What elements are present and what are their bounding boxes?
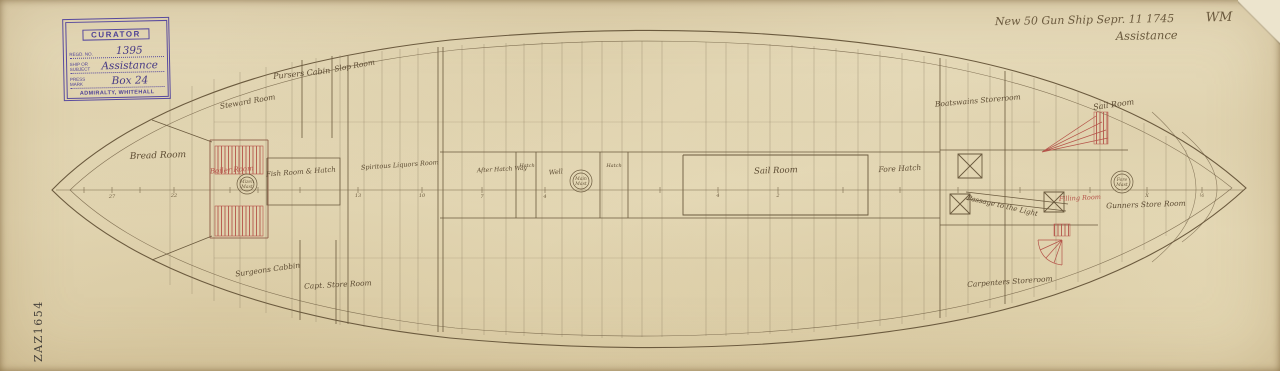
room-label-hatch-1: Hatch (518, 163, 534, 169)
centerline (56, 187, 1244, 193)
svg-text:½: ½ (1200, 192, 1205, 199)
room-label-gunners-store-room: Gunners Store Room (1106, 199, 1186, 211)
svg-text:2: 2 (775, 193, 779, 199)
curator-stamp-title: CURATOR (69, 23, 163, 43)
room-label-surgeons-cabbin: Surgeons Cabbin (235, 260, 301, 278)
room-label-filling-room-red: Filling Room (1058, 193, 1101, 203)
room-label-hatch-2: Hatch (605, 163, 621, 169)
svg-text:10: 10 (419, 193, 426, 199)
stamp-field-label: SHIP OR SUBJECT (70, 62, 96, 72)
stamp-row-press-mark: Press Mark Box 24 (70, 73, 164, 89)
room-label-bread-room: Bread Room (129, 150, 187, 162)
stamp-field-value: 1395 (95, 44, 163, 57)
stamp-field-label: Regd. No. (69, 52, 95, 57)
room-label-boatswains-storeroom: Boatswains Storeroom (933, 92, 1021, 109)
room-label-fore-hatch: Fore Hatch (877, 163, 921, 174)
hull-outline (52, 30, 1246, 347)
svg-text:27: 27 (108, 194, 116, 200)
stamp-field-value: Assistance (96, 59, 164, 72)
room-label-sail-room-mid: Sail Room (754, 165, 798, 177)
mizen-mast-label: MizenMast (239, 179, 254, 190)
fore-mast-label: ForeMast (1115, 177, 1128, 188)
title-inscription: New 50 Gun Ship Sepr. 11 1745 WM Assista… (994, 10, 1232, 45)
curator-stamp: CURATOR Regd. No. 1395 SHIP OR SUBJECT A… (62, 17, 171, 101)
svg-text:4: 4 (715, 193, 719, 199)
room-label-well: Well (548, 167, 563, 176)
room-label-carpenters-storeroom: Carpenters Storeroom (967, 274, 1053, 289)
room-label-steward-room: Steward Room (219, 92, 276, 111)
inscription-initials: WM (1205, 10, 1232, 25)
catalog-number: ZAZ1654 (32, 300, 45, 362)
stamp-field-label: Press Mark (70, 77, 96, 87)
room-label-fish-room: Fish Room & Hatch (265, 166, 336, 179)
mast-steps (237, 170, 1133, 194)
stamp-row-regd-no: Regd. No. 1395 (69, 43, 163, 59)
room-partitions (152, 47, 1128, 332)
svg-text:22: 22 (170, 193, 177, 199)
svg-text:X: X (1144, 193, 1149, 199)
stamp-row-ship-or-subject: SHIP OR SUBJECT Assistance (69, 58, 163, 74)
red-ink-structures (210, 112, 1108, 265)
deck-plan-drawing: MizenMast MainMast ForeMast Bread Room S… (0, 0, 1280, 371)
curator-stamp-inner-border: CURATOR Regd. No. 1395 SHIP OR SUBJECT A… (65, 19, 169, 98)
room-label-pursers-cabin: Pursers Cabin (272, 66, 331, 81)
room-labels: Bread Room Steward Room Pursers Cabin Sl… (129, 58, 1186, 291)
stamp-footer-text: ADMIRALTY, WHITEHALL (70, 88, 164, 97)
room-label-capt-store-room: Capt. Store Room (304, 278, 372, 291)
inscription-title-line: New 50 Gun Ship Sepr. 11 1745 (994, 12, 1173, 28)
svg-text:4: 4 (542, 194, 546, 200)
curator-stamp-title-text: CURATOR (82, 28, 150, 40)
main-mast-label: MainMast (574, 176, 587, 187)
svg-text:13: 13 (355, 193, 361, 199)
deck-beam-lines (170, 41, 1186, 338)
station-marks: 27 22 13 10 7 4 4 2 X ½ (108, 192, 1205, 200)
stamp-field-value: Box 24 (96, 74, 164, 87)
room-label-passage-to-light: Passage to the Light (965, 194, 1039, 218)
ship-plan-sheet: MizenMast MainMast ForeMast Bread Room S… (0, 0, 1280, 371)
